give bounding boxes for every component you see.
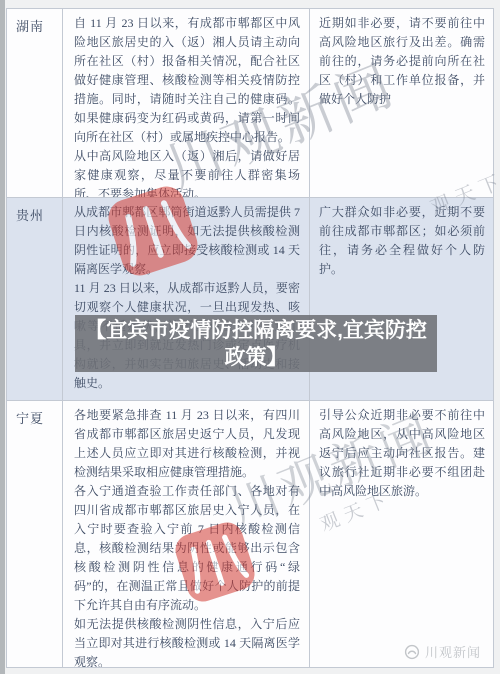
policy-paragraph: 自 11 月 23 日以来，有成都市郫都区中风险地区旅居史的入（返）湘人员请主动… — [74, 14, 300, 147]
footer-brand: 川观新闻 — [404, 642, 481, 661]
province-label: 湖南 — [16, 19, 44, 34]
province-label: 宁夏 — [16, 411, 44, 426]
table-row-hunan: 湖南 自 11 月 23 日以来，有成都市郫都区中风险地区旅居史的入（返）湘人员… — [7, 9, 493, 197]
province-cell: 湖南 — [7, 9, 62, 197]
chuanguan-circle-icon — [404, 644, 420, 660]
policy-cell: 自 11 月 23 日以来，有成都市郫都区中风险地区旅居史的入（返）湘人员请主动… — [62, 9, 309, 197]
table-row-ningxia: 宁夏 各地要紧急排查 11 月 23 日以来，有四川省成都市郫都区旅居史返宁人员… — [7, 400, 493, 667]
province-cell: 贵州 — [7, 198, 62, 400]
caption-overlay: 【宜宾市疫情防控隔离要求,宜宾防控政策】 — [75, 315, 437, 372]
advice-paragraph: 近期如非必要，请不要前往中高风险地区旅行及出差。确需前往的，请务必提前向所在社区… — [319, 14, 485, 109]
province-label: 贵州 — [16, 208, 44, 223]
footer-brand-label: 川观新闻 — [425, 642, 481, 661]
advice-paragraph: 广大群众如非必要，近期不要前往成都市郫都区；如必须前往，请务必全程做好个人防护。 — [319, 203, 485, 279]
policy-paragraph: 从中高风险地区入（返）湘后，请做好居家健康观察，尽量不要前往人群密集场所、不要参… — [74, 147, 300, 197]
policy-paragraph: 如无法提供核酸检测阴性信息，入宁后应当立即对其进行核酸检测或 14 天隔离医学观… — [74, 615, 300, 667]
policy-paragraph: 各地要紧急排查 11 月 23 日以来，有四川省成都市郫都区旅居史返宁人员，凡发… — [74, 406, 300, 482]
advice-paragraph: 引导公众近期非必要不前往中高风险地区，从中高风险地区返宁后应主动向社区报告。建议… — [319, 406, 485, 501]
screenshot-root: 湖南 自 11 月 23 日以来，有成都市郫都区中风险地区旅居史的入（返）湘人员… — [0, 0, 500, 674]
policy-cell: 各地要紧急排查 11 月 23 日以来，有四川省成都市郫都区旅居史返宁人员，凡发… — [62, 401, 309, 667]
province-cell: 宁夏 — [7, 401, 62, 667]
advice-cell: 引导公众近期非必要不前往中高风险地区，从中高风险地区返宁后应主动向社区报告。建议… — [309, 401, 493, 667]
policy-paragraph: 从成都市郫都区郫筒街道返黔人员需提供 7 日内核酸检测证明，如无法提供核酸检测阴… — [74, 203, 300, 279]
advice-cell: 近期如非必要，请不要前往中高风险地区旅行及出差。确需前往的，请务必提前向所在社区… — [309, 9, 493, 197]
policy-paragraph: 各入宁通道查验工作责任部门、各地对有四川省成都市郫都区旅居史入宁人员，在入宁时要… — [74, 482, 300, 615]
caption-title: 【宜宾市疫情防控隔离要求,宜宾防控政策】 — [75, 317, 437, 371]
left-edge-strip — [0, 0, 5, 674]
